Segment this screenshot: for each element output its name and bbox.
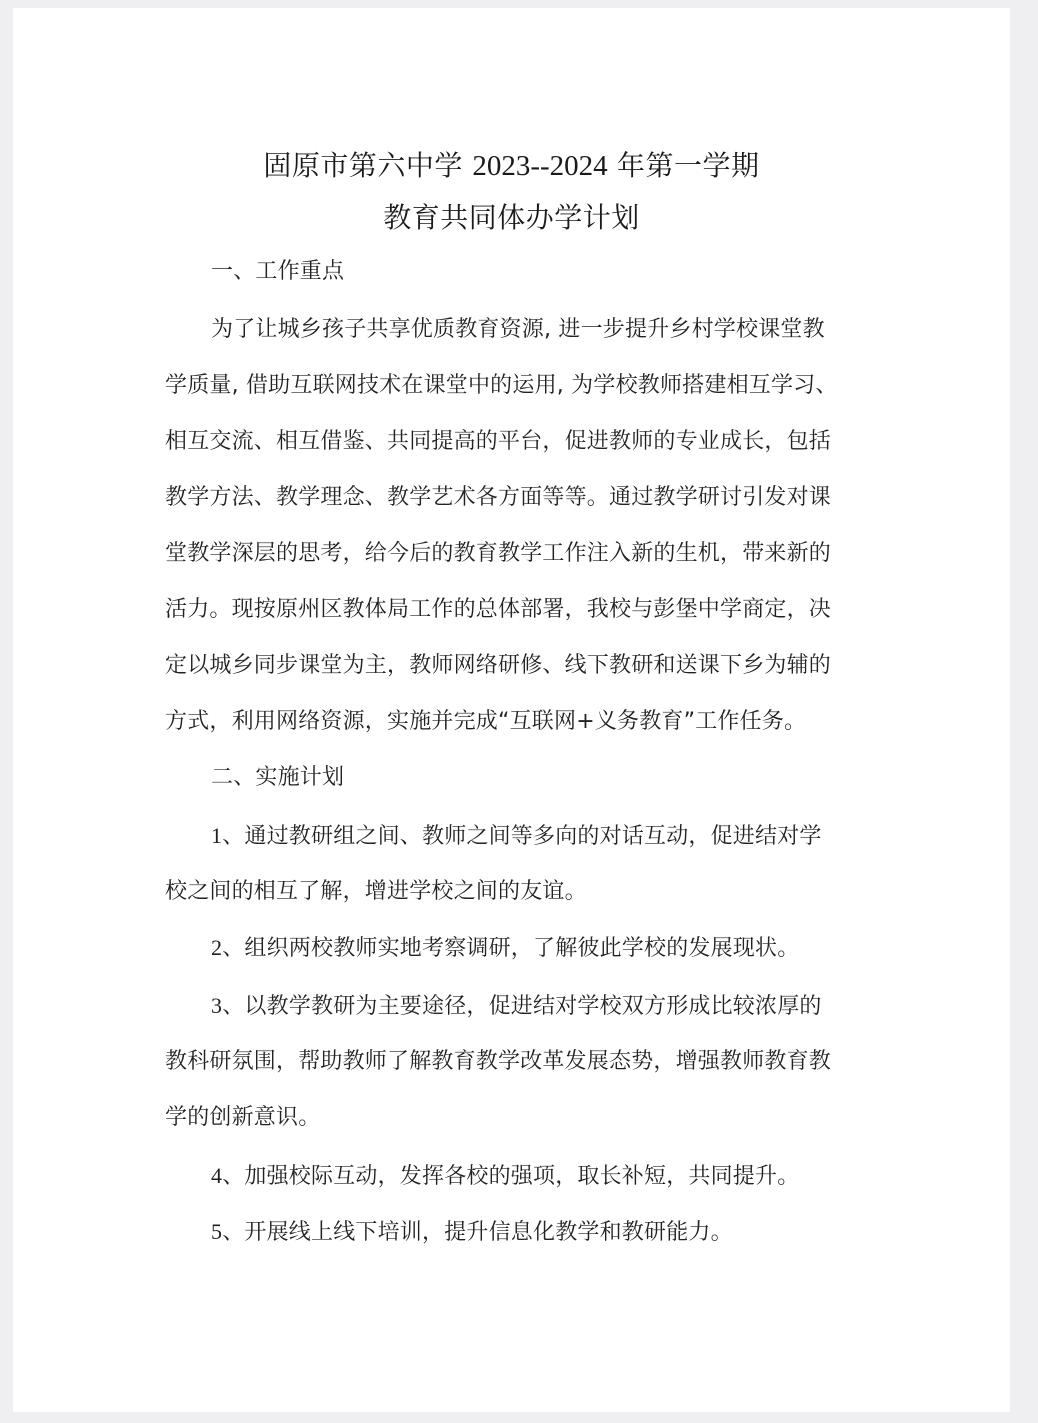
paragraph-line: 学质量, 借助互联网技术在课堂中的运用, 为学校教师搭建相互学习、 bbox=[165, 370, 865, 402]
title-suffix: 年第一学期 bbox=[608, 149, 760, 182]
item-number: 5 bbox=[211, 1219, 222, 1244]
paragraph-line: 堂教学深层的思考，给今后的教育教学工作注入新的生机，带来新的 bbox=[165, 538, 865, 570]
plan-item-2: 2、组织两校教师实地考察调研，了解彼此学校的发展现状。 bbox=[211, 932, 911, 965]
item-number: 2 bbox=[211, 935, 222, 960]
paragraph-line: 方式，利用网络资源，实施并完成“互联网+义务教育”工作任务。 bbox=[165, 706, 865, 738]
plan-item-5: 5、开展线上线下培训，提升信息化教学和教研能力。 bbox=[211, 1216, 911, 1249]
plan-item-3: 3、以教学教研为主要途径，促进结对学校双方形成比较浓厚的 bbox=[211, 990, 911, 1023]
item-text: 、加强校际互动，发挥各校的强项，取长补短，共同提升。 bbox=[222, 1164, 799, 1189]
title-years: 2023--2024 bbox=[472, 150, 607, 182]
paragraph-line: 相互交流、相互借鉴、共同提高的平台，促进教师的专业成长，包括 bbox=[165, 426, 865, 458]
paragraph-line: 教学方法、教学理念、教学艺术各方面等等。通过教学研讨引发对课 bbox=[165, 482, 865, 514]
document-title-line-1: 固原市第六中学 2023--2024 年第一学期 bbox=[13, 144, 1010, 184]
plan-item-3-continued: 教科研氛围，帮助教师了解教育教学改革发展态势，增强教师教育教 bbox=[165, 1046, 865, 1078]
item-number: 3 bbox=[211, 993, 222, 1018]
document-title-line-2: 教育共同体办学计划 bbox=[13, 196, 1010, 236]
item-number: 1 bbox=[211, 823, 222, 848]
section-heading-implementation-plan: 二、实施计划 bbox=[211, 762, 911, 794]
title-prefix: 固原市第六中学 bbox=[263, 149, 472, 182]
paragraph-line: 为了让城乡孩子共享优质教育资源, 进一步提升乡村学校课堂教 bbox=[211, 314, 911, 346]
item-text: 、组织两校教师实地考察调研，了解彼此学校的发展现状。 bbox=[222, 936, 799, 961]
plan-item-1: 1、通过教研组之间、教师之间等多向的对话互动，促进结对学 bbox=[211, 820, 911, 853]
item-number: 4 bbox=[211, 1163, 222, 1188]
item-text: 、开展线上线下培训，提升信息化教学和教研能力。 bbox=[222, 1220, 733, 1245]
plan-item-1-continued: 校之间的相互了解，增进学校之间的友谊。 bbox=[165, 876, 865, 908]
section-heading-work-focus: 一、工作重点 bbox=[211, 256, 911, 288]
item-text: 、通过教研组之间、教师之间等多向的对话互动，促进结对学 bbox=[222, 824, 821, 849]
plan-item-3-continued: 学的创新意识。 bbox=[165, 1102, 865, 1134]
document-page: 固原市第六中学 2023--2024 年第一学期 教育共同体办学计划 一、工作重… bbox=[13, 8, 1010, 1412]
paragraph-line: 活力。现按原州区教体局工作的总体部署，我校与彭堡中学商定，决 bbox=[165, 594, 865, 626]
item-text: 、以教学教研为主要途径，促进结对学校双方形成比较浓厚的 bbox=[222, 994, 821, 1019]
plan-item-4: 4、加强校际互动，发挥各校的强项，取长补短，共同提升。 bbox=[211, 1160, 911, 1193]
paragraph-line: 定以城乡同步课堂为主，教师网络研修、线下教研和送课下乡为辅的 bbox=[165, 650, 865, 682]
